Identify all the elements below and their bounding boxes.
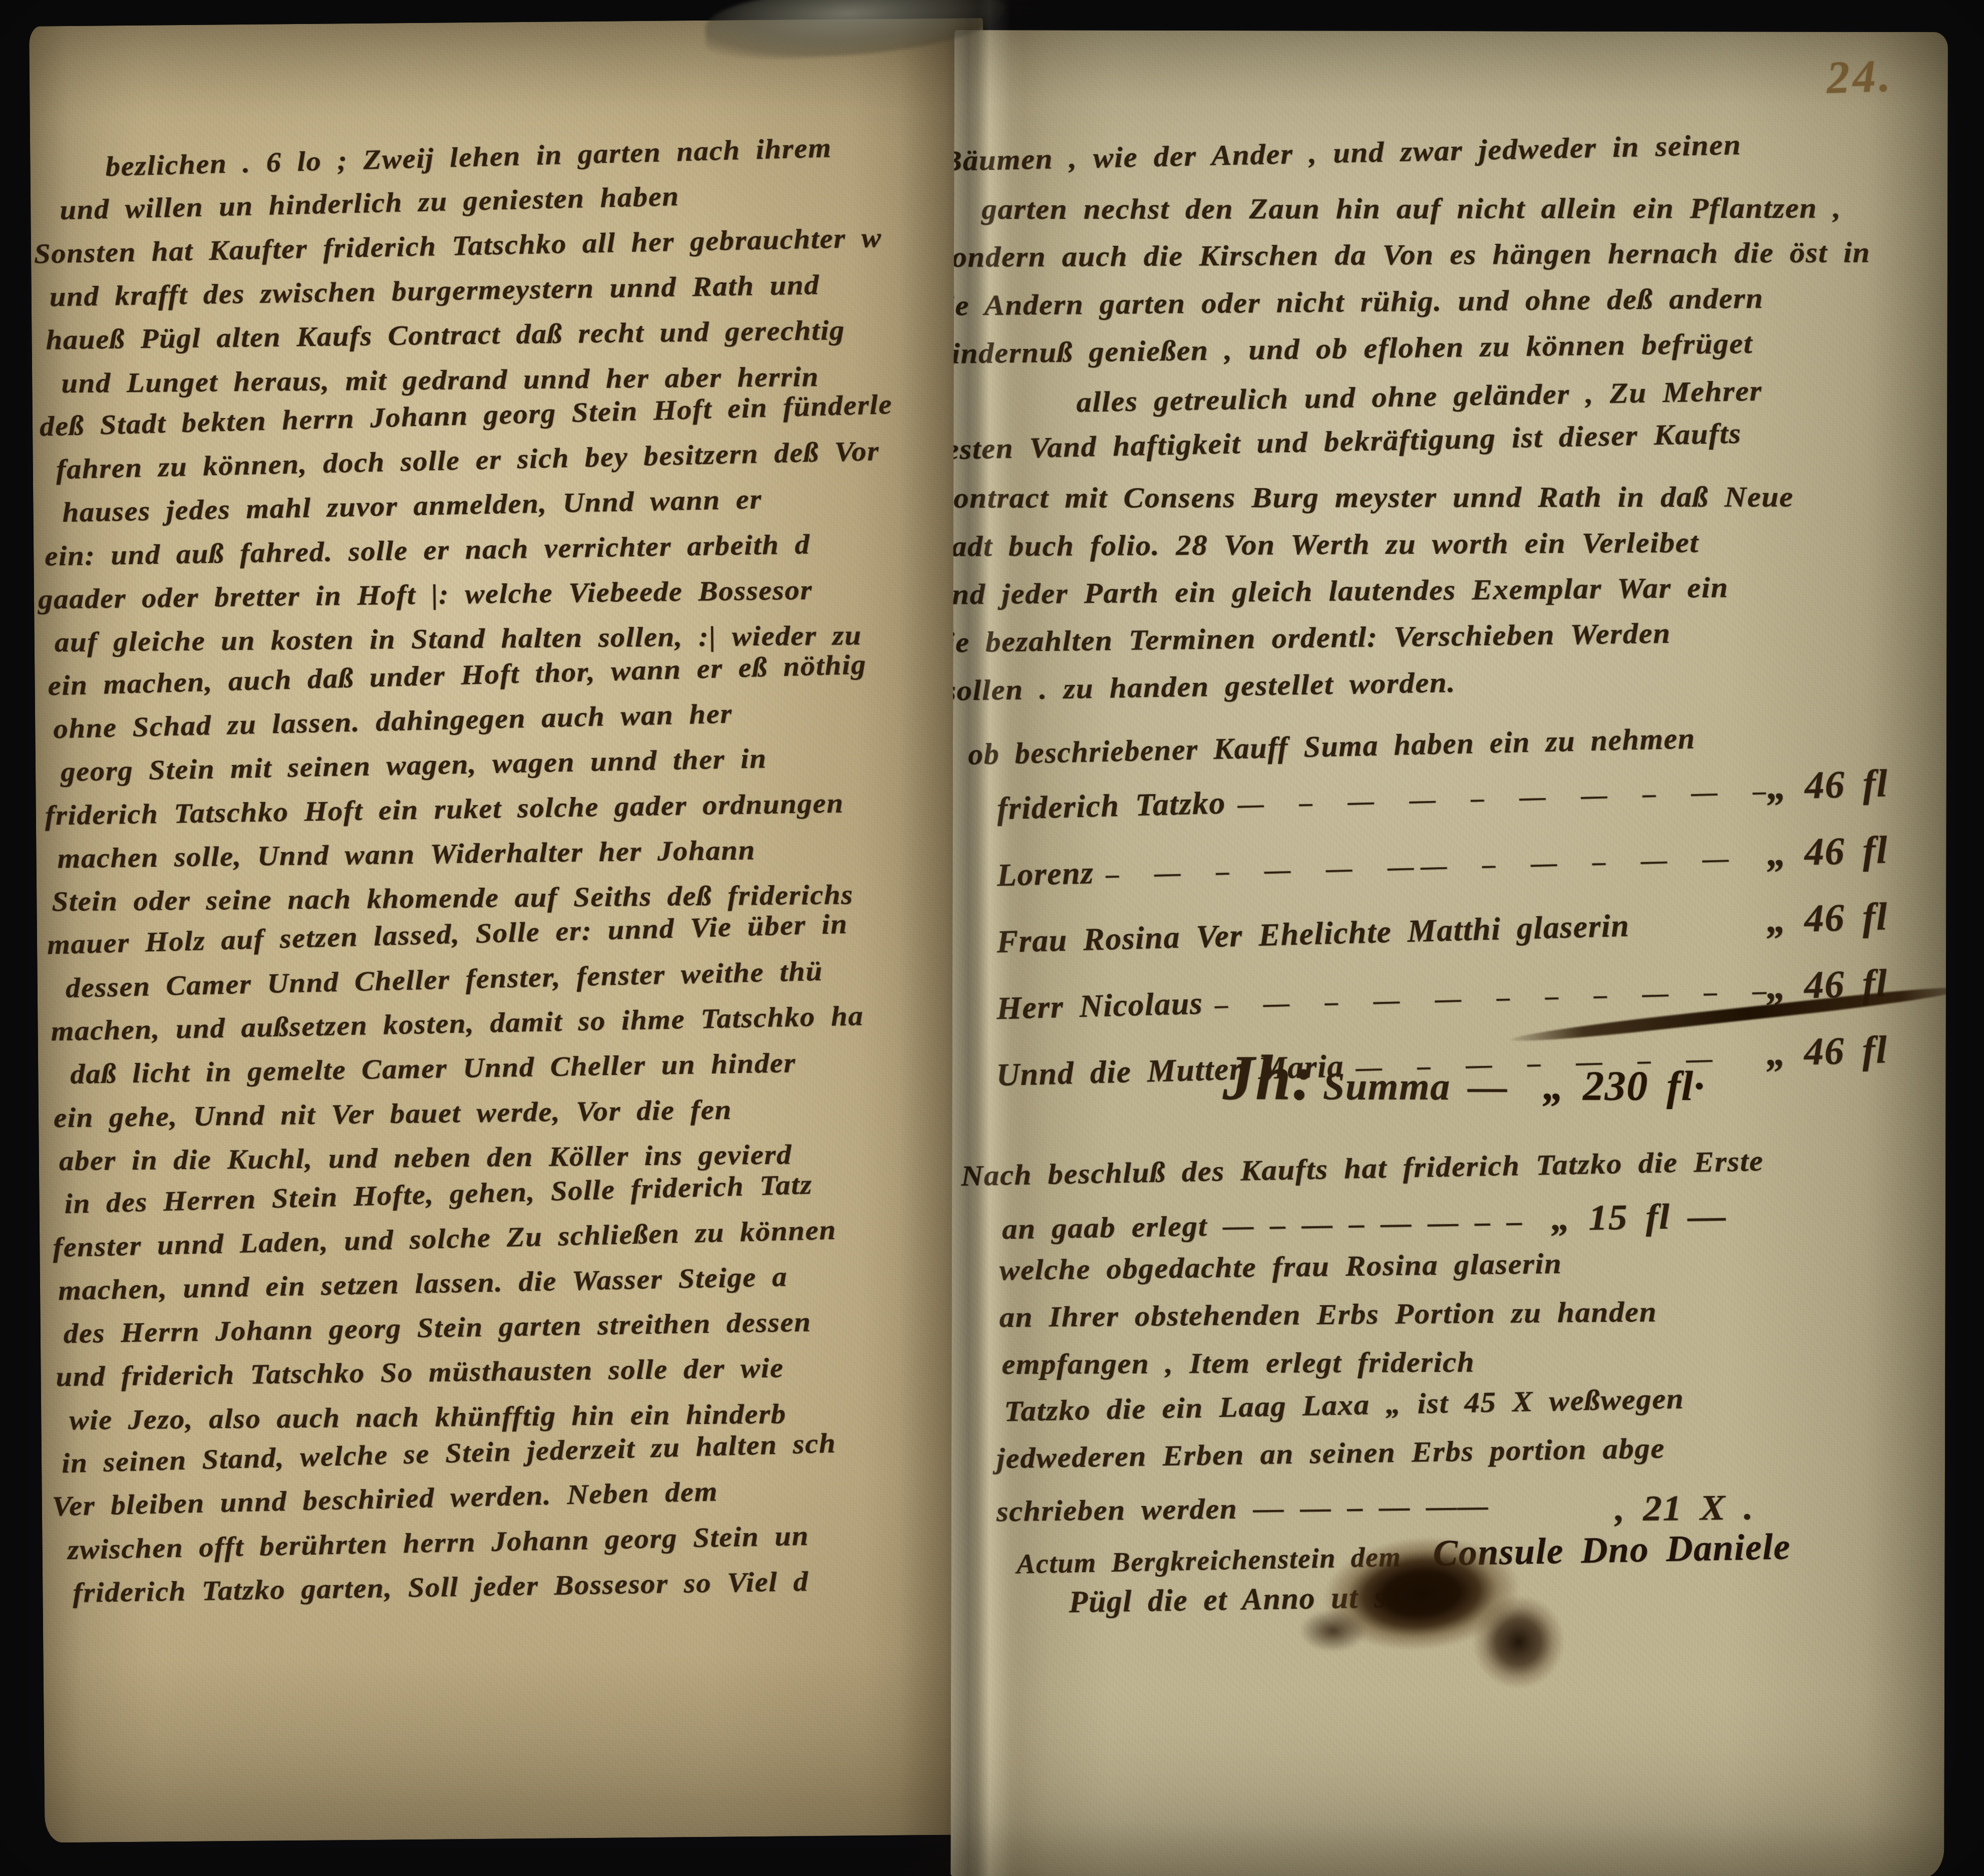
summa-amount: „ 230 fl· [1543, 1061, 1705, 1110]
manuscript-line: welche obgedachte frau Rosina glaserin [999, 1247, 1562, 1287]
left-page-text-block: bezlichen . 6 lo ; Zweij lehen in garten… [29, 18, 999, 1842]
ledger-row-dashes [1630, 932, 1767, 936]
manuscript-line: schrieben werden — — – — ——, 21 X . [996, 1479, 1754, 1530]
manuscript-line: des Herrn Johann georg Stein garten stre… [63, 1306, 811, 1350]
ledger-row-amount: „ 46 fl [1766, 893, 1926, 942]
manuscript-line: machen solle, Unnd wann Widerhalter her … [57, 834, 756, 875]
manuscript-line: machen, unnd ein setzen lassen. die Wass… [58, 1261, 788, 1307]
manuscript-line-text: an gaab erlegt — – — – — — – – [1002, 1205, 1523, 1245]
manuscript-line: friderich Tatschko Hoft ein ruket solche… [45, 787, 844, 832]
manuscript-scan: { "document": { "kind": "handwritten man… [0, 0, 1984, 1876]
manuscript-line: dessen Camer Unnd Cheller fenster, fenst… [65, 955, 823, 1004]
signature-consul-name: Consule Dno Daniele [1433, 1526, 1791, 1574]
manuscript-line: bezlichen . 6 lo ; Zweij lehen in garten… [105, 132, 832, 183]
manuscript-line: Stadt buch folio. 28 Von Werth zu worth … [950, 525, 1699, 563]
left-page: bezlichen . 6 lo ; Zweij lehen in garten… [29, 18, 999, 1842]
ledger-row-name: Lorenz [997, 854, 1095, 894]
manuscript-line: und jeder Parth ein gleich lautendes Exe… [950, 570, 1729, 611]
summa-flourish: Jh: [1223, 1062, 1314, 1092]
manuscript-line-text: Tatzko die ein Laag Laxa „ ist 45 X weßw… [1004, 1382, 1685, 1428]
manuscript-line: ein gehe, Unnd nit Ver bauet werde, Vor … [54, 1093, 732, 1134]
ledger-row-name: Herr Nicolaus [996, 985, 1203, 1027]
manuscript-line-text: empfangen , Item erlegt friderich [1002, 1346, 1475, 1381]
manuscript-line: und willen un hinderlich zu geniesten ha… [60, 180, 680, 226]
manuscript-line: ein: und auß fahred. solle er nach verri… [45, 528, 811, 572]
ledger-row-name: friderich Tatzko [997, 784, 1226, 827]
summa-line: Jh: Summa — „ 230 fl· [1222, 1061, 1705, 1110]
manuscript-line: garten nechst den Zaun hin auf nicht all… [981, 191, 1841, 226]
manuscript-line: friderich Tatzko garten, Soll jeder Boss… [73, 1566, 809, 1609]
manuscript-line: georg Stein mit seinen wagen, wagen unnd… [60, 742, 767, 788]
page-number: 24. [1826, 49, 1894, 104]
manuscript-line: Sonsten hat Kaufter friderich Tatschko a… [34, 222, 882, 270]
manuscript-line: aber in die Kuchl, und neben den Köller … [59, 1139, 792, 1177]
manuscript-line: wie Jezo, also auch nach khünfftig hin e… [69, 1398, 786, 1436]
manuscript-line: machen, und außsetzen kosten, damit so i… [51, 1000, 864, 1047]
manuscript-line: an Ihrer obstehenden Erbs Portion zu han… [999, 1295, 1657, 1334]
manuscript-line: Nach beschluß des Kaufts hat friderich T… [961, 1144, 1764, 1193]
manuscript-line: ohne Schad zu lassen. dahingegen auch wa… [53, 697, 733, 745]
manuscript-line: an gaab erlegt — – — – — — – –„ 15 fl — [1002, 1195, 1727, 1248]
manuscript-line: gaader oder bretter in Hoft |: welche Vi… [38, 574, 813, 616]
ledger-row-amount: „ 46 fl [1766, 1026, 1926, 1075]
manuscript-line-text: schrieben werden — — – — —— [996, 1489, 1489, 1528]
ledger-row-amount: „ 46 fl [1766, 826, 1926, 875]
manuscript-line: jedwederen Erben an seinen Erbs portion … [997, 1431, 1666, 1475]
signature-line: Pügl die et Anno ut supra [1069, 1579, 1451, 1620]
manuscript-line-text: an Ihrer obstehenden Erbs Portion zu han… [999, 1295, 1657, 1333]
manuscript-line: zwischen offt berührten herrn Johann geo… [67, 1520, 809, 1566]
manuscript-line: fahren zu können, doch solle er sich bey… [56, 435, 880, 486]
inline-amount: „ 15 fl — [1551, 1196, 1727, 1238]
manuscript-line: Ver bleiben unnd beschiried werden. Nebe… [52, 1475, 718, 1523]
manuscript-line: empfangen , Item erlegt friderich [1002, 1345, 1475, 1381]
manuscript-line: daß licht in gemelte Camer Unnd Cheller … [70, 1047, 796, 1091]
manuscript-line: und friderich Tatschko So müsthausten so… [56, 1352, 784, 1393]
manuscript-line: haueß Pügl alten Kaufs Contract daß rech… [46, 314, 845, 356]
manuscript-line-text: jedwederen Erben an seinen Erbs portion … [997, 1432, 1666, 1474]
manuscript-line: Tatzko die ein Laag Laxa „ ist 45 X weßw… [1004, 1382, 1685, 1428]
manuscript-line: und krafft des zwischen burgermeystern u… [49, 269, 820, 313]
summa-label: Summa — [1323, 1064, 1508, 1109]
manuscript-line-text: Nach beschluß des Kaufts hat friderich T… [961, 1145, 1764, 1192]
manuscript-line-text: welche obgedachte frau Rosina glaserin [999, 1247, 1562, 1286]
inline-amount: , 21 X . [1615, 1486, 1754, 1530]
manuscript-line: hauses jedes mahl zuvor anmelden, Unnd w… [62, 484, 762, 529]
manuscript-line: fenster unnd Laden, und solche Zu schlie… [53, 1214, 837, 1263]
manuscript-line: in des Herren Stein Hofte, gehen, Solle … [64, 1169, 813, 1220]
ledger-row-amount: „ 46 fl [1766, 760, 1926, 809]
manuscript-line: sondern auch die Kirschen da Von es häng… [950, 236, 1870, 274]
manuscript-line: Contract mit Consens Burg meyster unnd R… [950, 480, 1794, 515]
right-page: 24. Bäumen , wie der Ander , und zwar je… [950, 30, 1948, 1876]
signature-prefix: Actum Bergkreichenstein dem [1016, 1542, 1402, 1580]
